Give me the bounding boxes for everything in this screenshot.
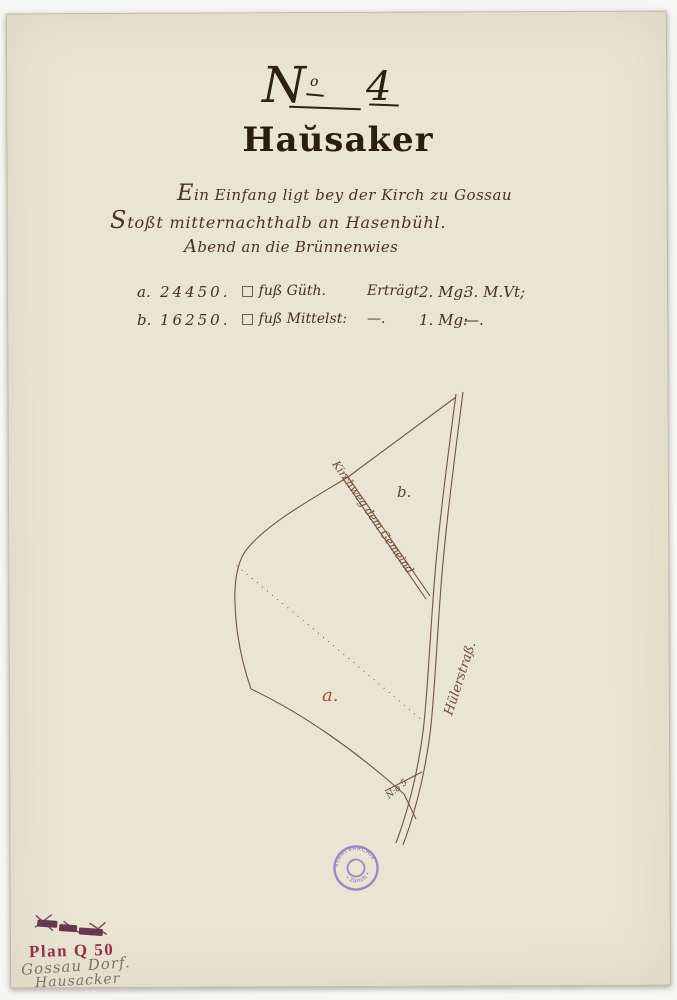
boundary-top-line: [348, 397, 456, 477]
field-path-label: Kirchweg dem Gemeind: [329, 458, 416, 577]
boundary-left-line: [235, 477, 348, 689]
road-line-left: [396, 394, 456, 843]
parcel-a-label: a.: [322, 685, 338, 706]
road-name-label: Hülerstraß.: [441, 640, 479, 718]
stamp-inner-ring: [346, 858, 366, 878]
scanned-plan-page: { "document": { "header": { "number_lett…: [0, 0, 677, 1000]
archive-stamp: STAATSARCHIV • Zürich •: [326, 838, 385, 897]
parcel-b-label: b.: [397, 483, 411, 501]
